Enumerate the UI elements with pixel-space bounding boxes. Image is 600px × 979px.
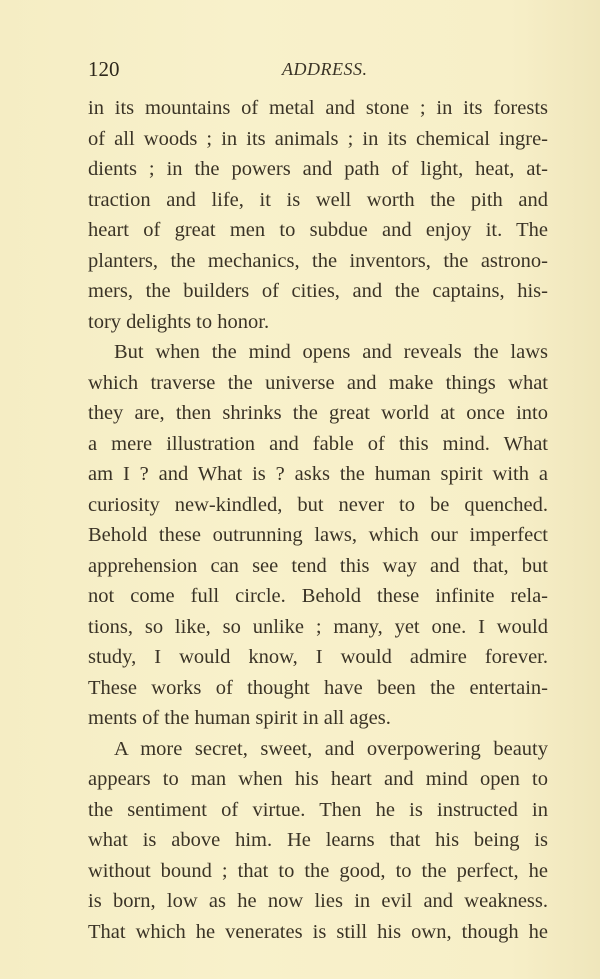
text-line: appears to man when his heart and mind o… bbox=[88, 764, 548, 795]
text-line: is born, low as he now lies in evil and … bbox=[88, 886, 548, 917]
text-line: curiosity new-kindled, but never to be q… bbox=[88, 490, 548, 521]
text-line: planters, the mechanics, the inventors, … bbox=[88, 246, 548, 277]
text-line: apprehension can see tend this way and t… bbox=[88, 551, 548, 582]
text-line: a mere illustration and fable of this mi… bbox=[88, 429, 548, 460]
running-head: ADDRESS. bbox=[282, 55, 367, 83]
text-line: in its mountains of metal and stone ; in… bbox=[88, 93, 548, 124]
paragraph-start-line: A more secret, sweet, and overpowering b… bbox=[88, 734, 548, 765]
text-line: what is above him. He learns that his be… bbox=[88, 825, 548, 856]
text-line: without bound ; that to the good, to the… bbox=[88, 856, 548, 887]
paragraph-start-line: But when the mind opens and reveals the … bbox=[88, 337, 548, 368]
text-line: That which he venerates is still his own… bbox=[88, 917, 548, 948]
text-line: dients ; in the powers and path of light… bbox=[88, 154, 548, 185]
text-line: not come full circle. Behold these infin… bbox=[88, 581, 548, 612]
text-line: These works of thought have been the ent… bbox=[88, 673, 548, 704]
page-header: 120 ADDRESS. bbox=[88, 55, 548, 83]
text-line: the sentiment of virtue. Then he is inst… bbox=[88, 795, 548, 826]
text-line: of all woods ; in its animals ; in its c… bbox=[88, 124, 548, 155]
text-line: heart of great men to subdue and enjoy i… bbox=[88, 215, 548, 246]
text-line: mers, the builders of cities, and the ca… bbox=[88, 276, 548, 307]
body-text: in its mountains of metal and stone ; in… bbox=[88, 93, 548, 947]
text-line: they are, then shrinks the great world a… bbox=[88, 398, 548, 429]
text-line: traction and life, it is well worth the … bbox=[88, 185, 548, 216]
text-line: Behold these outrunning laws, which our … bbox=[88, 520, 548, 551]
text-line: tions, so like, so unlike ; many, yet on… bbox=[88, 612, 548, 643]
text-line: study, I would know, I would admire fore… bbox=[88, 642, 548, 673]
page-number: 120 bbox=[88, 55, 120, 83]
book-page: 120 ADDRESS. in its mountains of metal a… bbox=[0, 0, 600, 979]
text-line: ments of the human spirit in all ages. bbox=[88, 703, 548, 734]
text-line: tory delights to honor. bbox=[88, 307, 548, 338]
text-line: am I ? and What is ? asks the human spir… bbox=[88, 459, 548, 490]
text-line: which traverse the universe and make thi… bbox=[88, 368, 548, 399]
